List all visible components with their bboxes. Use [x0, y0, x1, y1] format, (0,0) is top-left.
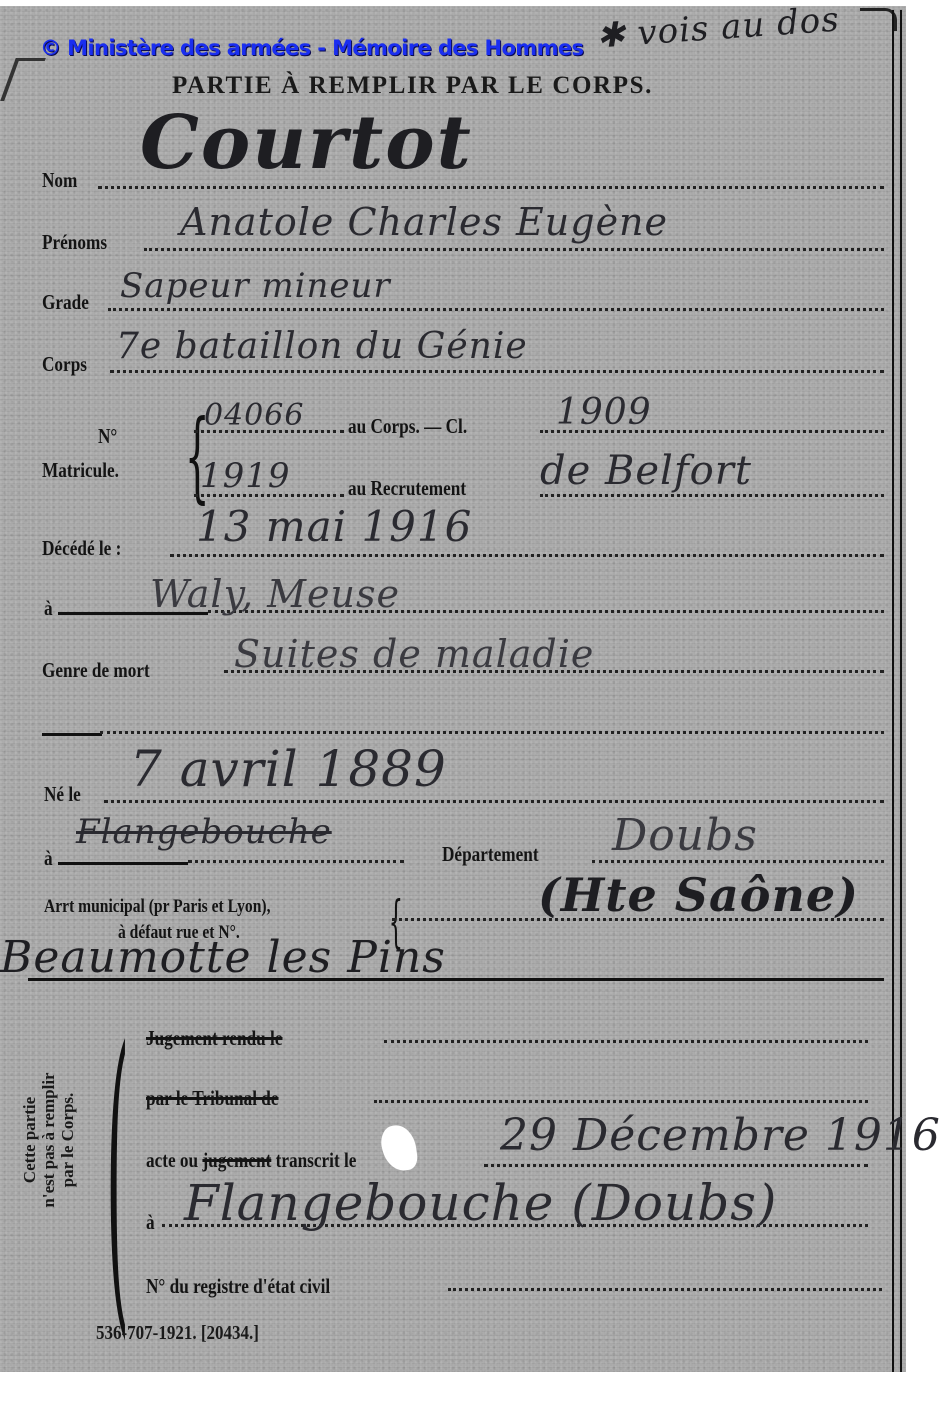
lieu-transcription-value: Flangebouche (Doubs): [184, 1174, 777, 1232]
ne-le-label: Né le: [44, 782, 81, 807]
lieu-transcription-label: à: [146, 1210, 155, 1235]
lieu-deces-value: Waly, Meuse: [150, 572, 400, 616]
genre-de-mort-value: Suites de maladie: [234, 632, 594, 676]
blank-line-solid: [42, 733, 102, 736]
civil-section-side-note: Cette partie n'est pas à remplir par le …: [20, 1010, 100, 1270]
corps-value: 7e bataillon du Génie: [116, 326, 528, 367]
tribunal-label: par le Tribunal de: [146, 1086, 279, 1111]
jugement-rendu-label: Jugement rendu le: [146, 1026, 282, 1051]
acte-transcrit-label: acte ou jugement transcrit le: [146, 1148, 356, 1173]
arr-municipal-continuation: Beaumotte les Pins: [0, 932, 446, 983]
corps-label: Corps: [42, 352, 87, 377]
grade-value: Sapeur mineur: [120, 266, 391, 306]
ne-le-value: 7 avril 1889: [130, 740, 447, 798]
lieu-naissance-line: [188, 860, 404, 863]
au-recrutement-label: au Recrutement: [348, 476, 466, 501]
nom-label: Nom: [42, 168, 77, 193]
corps-line: [110, 370, 884, 373]
jugement-rendu-line: [384, 1040, 868, 1043]
tribunal-line: [374, 1100, 868, 1103]
recrutement-number-value: 1919: [200, 456, 291, 496]
recrutement-place-line: [540, 494, 884, 497]
nom-value: Courtot: [140, 100, 473, 186]
nom-line: [98, 186, 884, 189]
civil-section-brace: (: [106, 1010, 129, 1340]
lieu-naissance-line-solid: [58, 862, 188, 865]
arr-municipal-underline: [28, 978, 884, 981]
matricule-label-line2: Matricule.: [42, 458, 119, 483]
lieu-deces-label: à: [44, 596, 53, 621]
lieu-naissance-value: Flangebouche: [76, 812, 332, 852]
registre-line: [448, 1288, 882, 1291]
lieu-naissance-label: à: [44, 846, 53, 871]
form-code: 536-707-1921. [20434.]: [96, 1322, 259, 1345]
decede-label: Décédé le :: [42, 536, 121, 561]
recrutement-place-value: de Belfort: [540, 448, 752, 494]
registre-label: N° du registre d'état civil: [146, 1274, 330, 1299]
genre-de-mort-label: Genre de mort: [42, 658, 150, 683]
prenoms-line: [144, 248, 884, 251]
grade-label: Grade: [42, 290, 89, 315]
card-right-border: [892, 10, 902, 1372]
au-corps-label: au Corps. — Cl.: [348, 414, 467, 439]
classe-value: 1909: [556, 392, 652, 433]
arr-municipal-label-line1: Arrt municipal (pr Paris et Lyon),: [44, 896, 270, 918]
decede-value: 13 mai 1916: [196, 502, 472, 551]
prenoms-label: Prénoms: [42, 230, 107, 255]
copyright-watermark: © Ministère des armées - Mémoire des Hom…: [40, 36, 583, 60]
section-title: PARTIE À REMPLIR PAR LE CORPS.: [172, 72, 653, 100]
departement-value: Doubs: [612, 810, 758, 861]
blank-line: [100, 731, 884, 734]
ne-le-line: [104, 800, 884, 803]
departement-label: Département: [442, 842, 539, 867]
corps-number-value: 04066: [204, 398, 304, 433]
prenoms-value: Anatole Charles Eugène: [180, 200, 668, 244]
acte-transcrit-line: [484, 1164, 868, 1167]
acte-transcrit-value: 29 Décembre 1916: [500, 1110, 941, 1161]
grade-line: [108, 308, 884, 311]
matricule-label-line1: N°: [98, 424, 117, 449]
arr-municipal-value: (Hte Saône): [538, 868, 859, 922]
decede-line: [170, 554, 884, 557]
